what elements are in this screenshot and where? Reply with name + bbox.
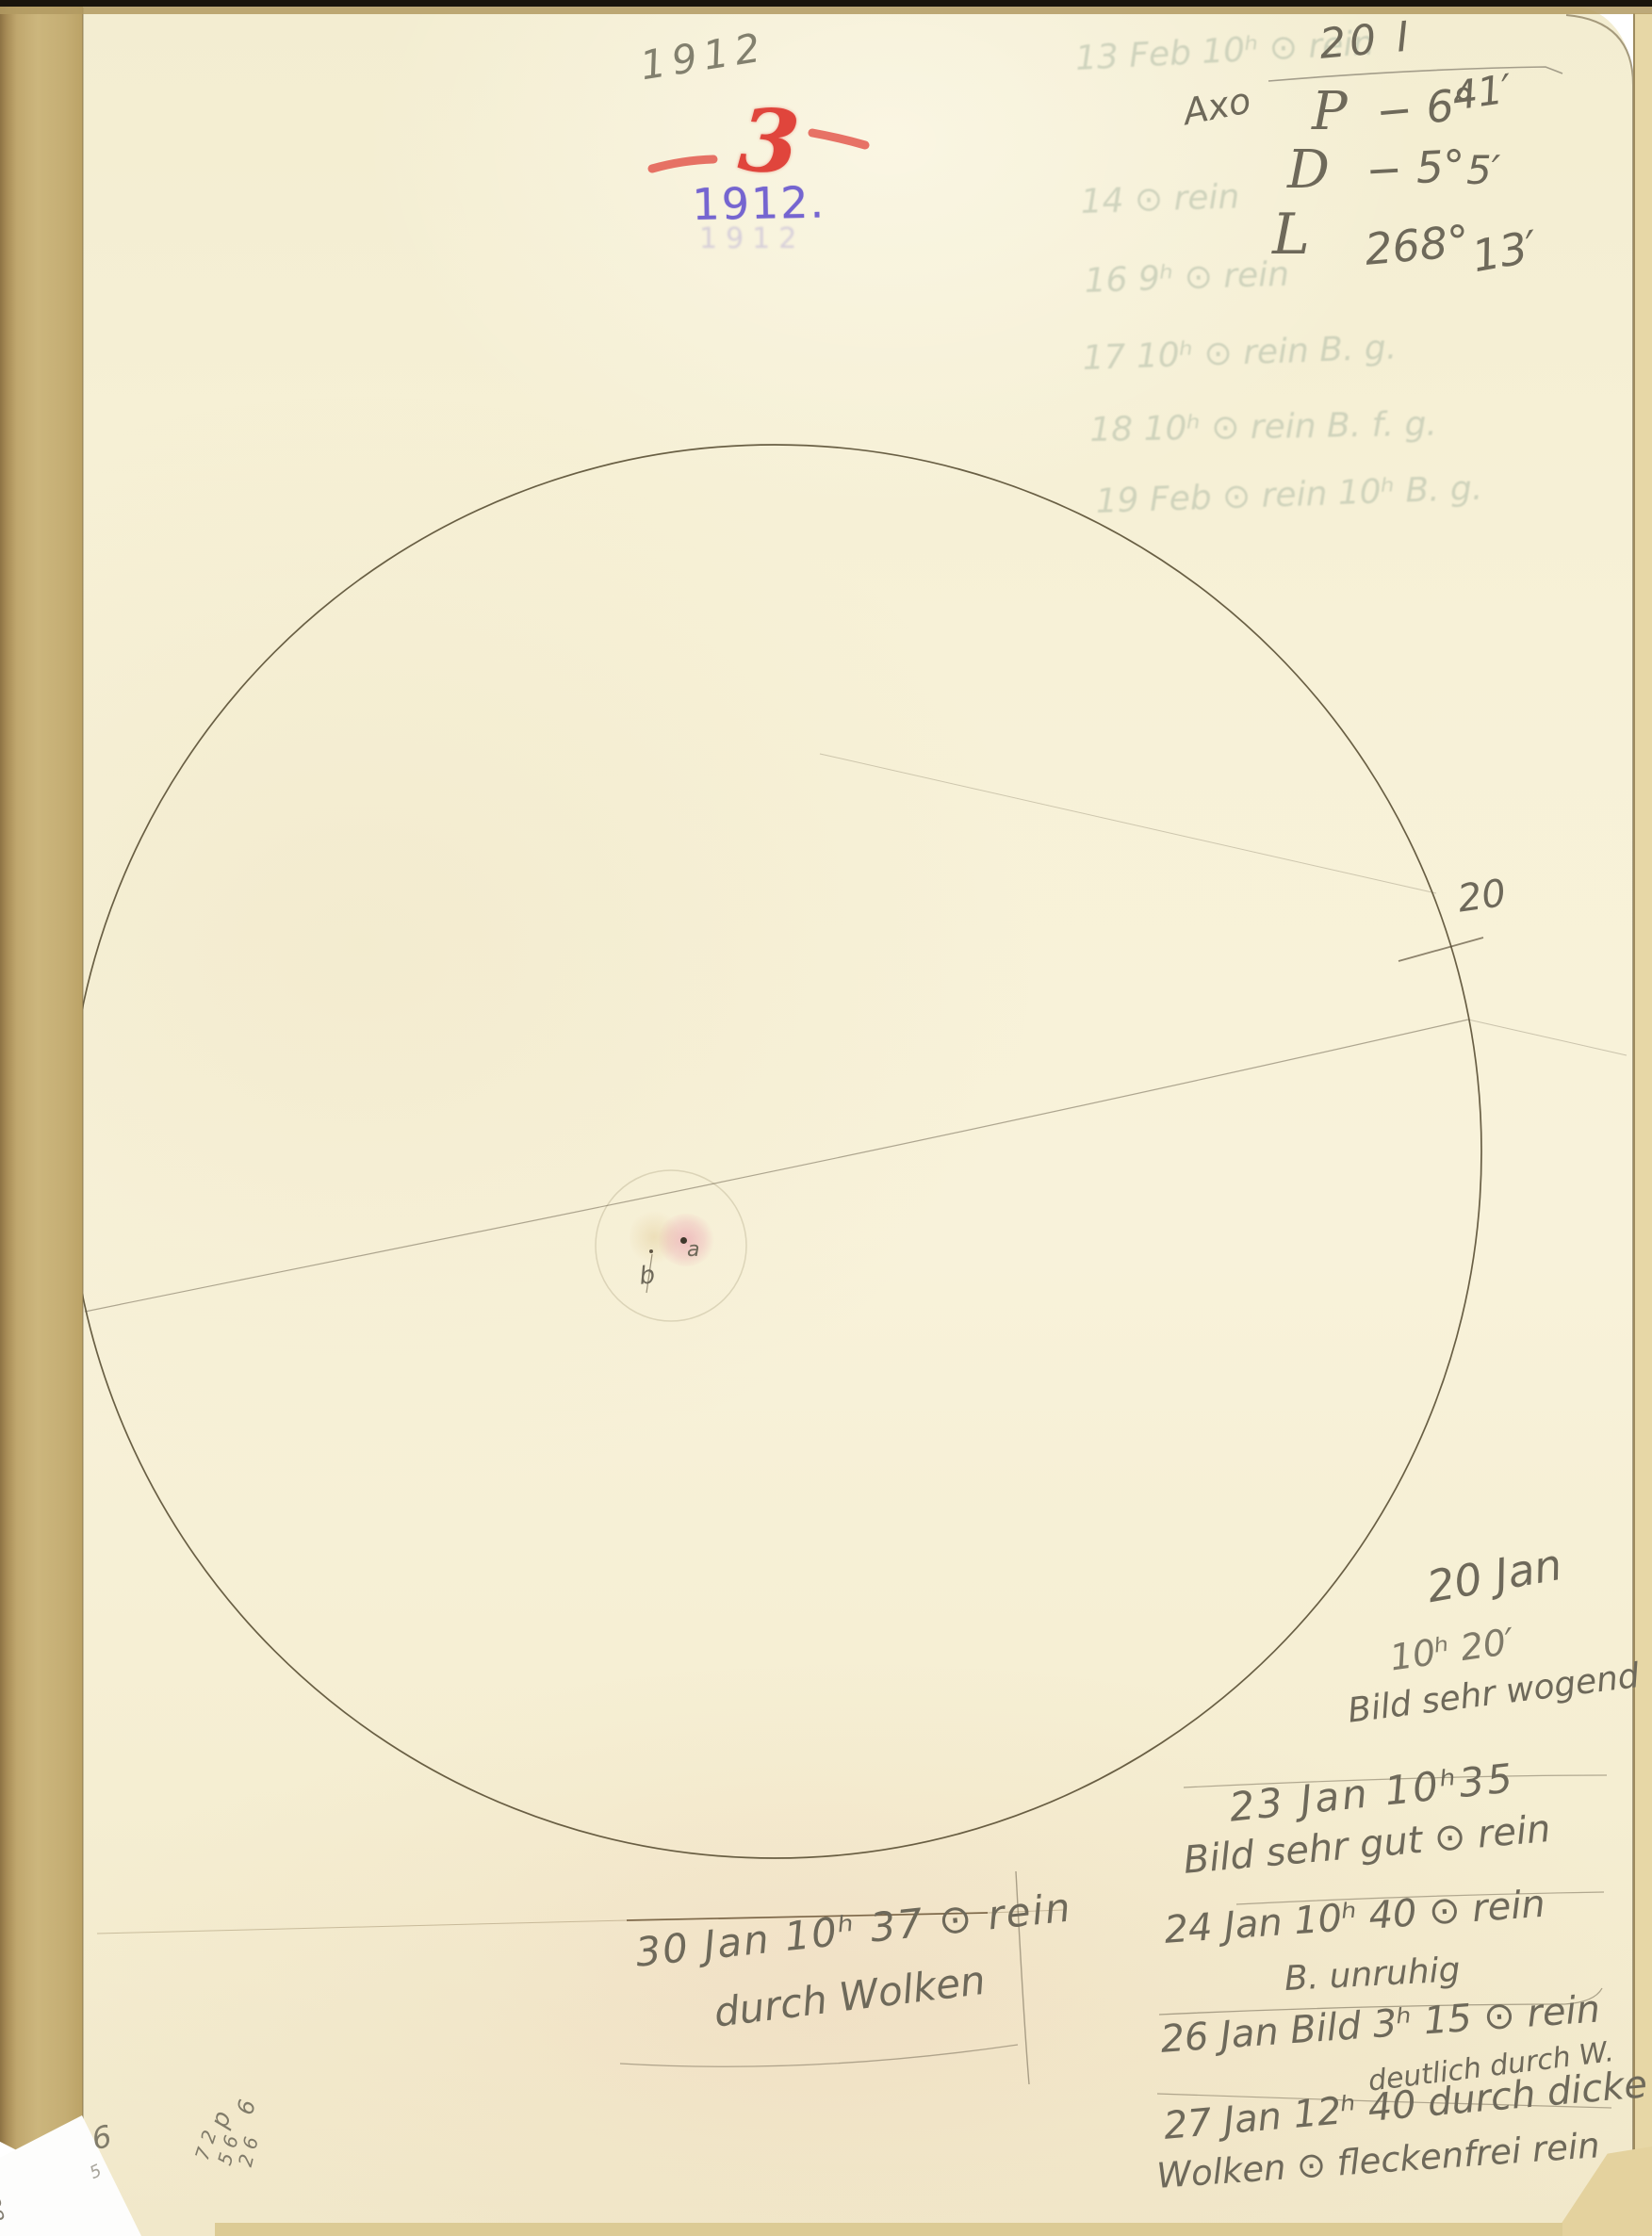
ephemeris-p-symbol: P bbox=[1312, 81, 1348, 142]
ephemeris-l-value: 268° bbox=[1363, 215, 1471, 274]
mark-b-label: b bbox=[638, 1261, 657, 1291]
disk-edge-label: 20 bbox=[1455, 872, 1509, 922]
jan30-underline bbox=[620, 2045, 1018, 2066]
title-underline bbox=[1268, 67, 1562, 81]
ephemeris-d-value: − 5° bbox=[1365, 139, 1466, 195]
underlying-page-edge bbox=[1633, 13, 1652, 2236]
scan-top-edge bbox=[0, 0, 1652, 7]
ephemeris-d-symbol: D bbox=[1287, 139, 1330, 201]
year-stamp-ghost: 1912 bbox=[699, 222, 805, 255]
scanned-logbook-page: 13 Feb 10ʰ ⊙ rein 14 ⊙ rein 16 9ʰ ⊙ rein… bbox=[0, 0, 1652, 2236]
bleedthrough-line: 18 10ʰ ⊙ rein B. f. g. bbox=[1089, 405, 1437, 449]
binding-seam-line bbox=[82, 8, 84, 2146]
equator-line bbox=[85, 1020, 1468, 1312]
ephemeris-l-symbol: L bbox=[1272, 202, 1310, 268]
solar-disk-circle bbox=[68, 445, 1481, 1858]
edge-tick-mark bbox=[1398, 938, 1483, 961]
red-dash-right bbox=[812, 133, 865, 145]
ephemeris-p-minutes: 41′ bbox=[1449, 65, 1514, 119]
ephemeris-d-minutes: 5′ bbox=[1466, 147, 1500, 193]
crease-line-left bbox=[97, 1920, 627, 1934]
page-edge-outline bbox=[1566, 15, 1633, 2158]
sunspot-dot-b bbox=[649, 1249, 653, 1253]
bleedthrough-line: 16 9ʰ ⊙ rein bbox=[1084, 254, 1290, 301]
mark-a-label: a bbox=[687, 1238, 699, 1262]
binding-edge-strip bbox=[0, 7, 83, 2158]
underlying-page-bottom-edge bbox=[215, 2223, 1562, 2236]
bleedthrough-line: 14 ⊙ rein bbox=[1080, 177, 1240, 221]
equator-line-extension bbox=[1468, 1020, 1627, 1055]
position-angle-line bbox=[820, 754, 1436, 893]
sunspot-dot-a bbox=[680, 1237, 687, 1244]
plate-title: 20 I bbox=[1317, 12, 1415, 68]
red-dash-left bbox=[652, 159, 713, 169]
